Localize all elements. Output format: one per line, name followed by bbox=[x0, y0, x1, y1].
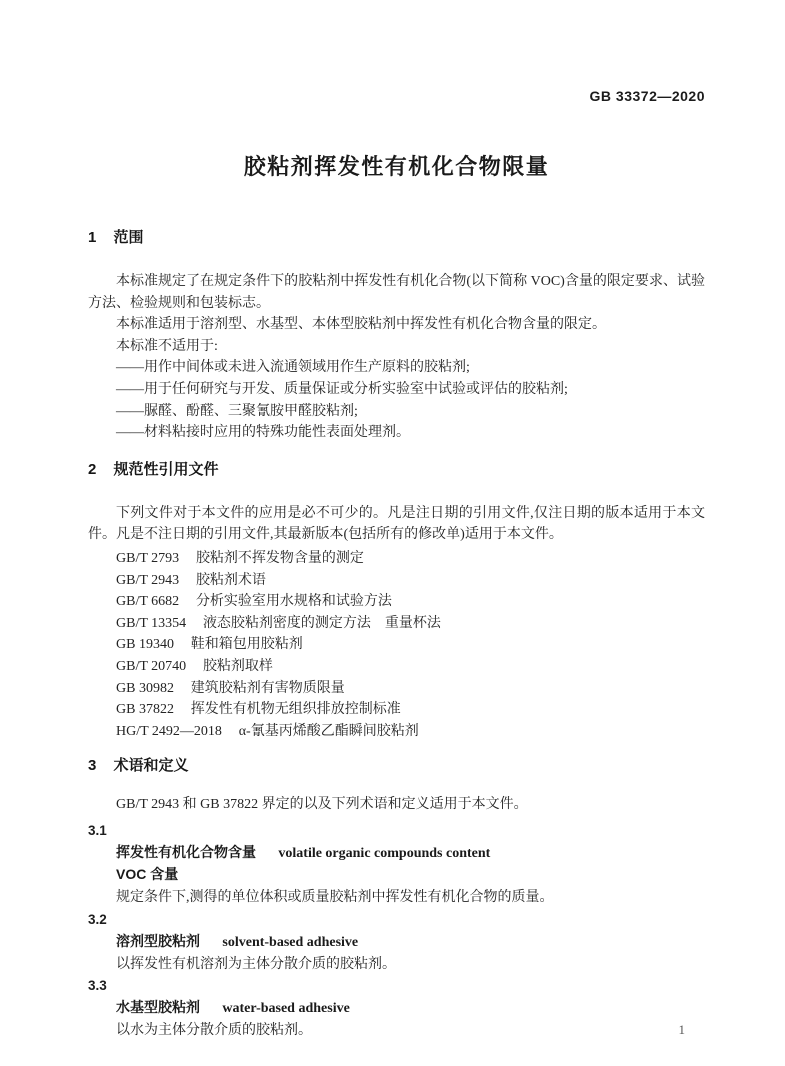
term-alias: VOC 含量 bbox=[116, 866, 178, 882]
reference-code: GB 19340 bbox=[116, 637, 174, 652]
term-heading: 挥发性有机化合物含量volatile organic compounds con… bbox=[88, 842, 705, 865]
reference-title: 胶粘剂不挥发物含量的测定 bbox=[196, 551, 364, 566]
term-definition: 规定条件下,测得的单位体积或质量胶粘剂中挥发性有机化合物的质量。 bbox=[88, 887, 705, 909]
section-1-title: 范围 bbox=[114, 229, 144, 246]
reference-title: 液态胶粘剂密度的测定方法 重量杯法 bbox=[203, 616, 441, 631]
reference-title: 胶粘剂取样 bbox=[203, 659, 273, 674]
section-2-heading: 2 规范性引用文件 bbox=[88, 461, 705, 478]
section-1-heading: 1 范围 bbox=[88, 229, 705, 246]
reference-code: HG/T 2492—2018 bbox=[116, 724, 222, 739]
document-title: 胶粘剂挥发性有机化合物限量 bbox=[88, 152, 705, 182]
section-1-number: 1 bbox=[88, 229, 96, 246]
scope-paragraph-2: 本标准适用于溶剂型、水基型、本体型胶粘剂中挥发性有机化合物含量的限定。 bbox=[88, 314, 705, 336]
term-english: volatile organic compounds content bbox=[278, 846, 490, 861]
clause-number: 3.1 bbox=[88, 820, 705, 842]
clause-number: 3.3 bbox=[88, 975, 705, 997]
reference-code: GB/T 2793 bbox=[116, 551, 179, 566]
reference-code: GB 37822 bbox=[116, 702, 174, 717]
reference-title: 胶粘剂术语 bbox=[196, 573, 266, 588]
references-list: GB/T 2793胶粘剂不挥发物含量的测定 GB/T 2943胶粘剂术语 GB/… bbox=[88, 548, 705, 742]
scope-paragraph-3: 本标准不适用于: bbox=[88, 336, 705, 358]
term-chinese: 挥发性有机化合物含量 bbox=[116, 844, 256, 860]
page-number: 1 bbox=[679, 1022, 686, 1038]
reference-title: 分析实验室用水规格和试验方法 bbox=[196, 594, 392, 609]
scope-exclusion-item: ——用作中间体或未进入流通领域用作生产原料的胶粘剂; bbox=[88, 357, 705, 379]
clause-number: 3.2 bbox=[88, 909, 705, 931]
reference-title: 挥发性有机物无组织排放控制标准 bbox=[191, 702, 401, 717]
section-2-title: 规范性引用文件 bbox=[114, 461, 219, 478]
reference-item: GB/T 13354液态胶粘剂密度的测定方法 重量杯法 bbox=[88, 613, 705, 635]
reference-item: GB/T 20740胶粘剂取样 bbox=[88, 656, 705, 678]
reference-code: GB/T 13354 bbox=[116, 616, 186, 631]
term-english: solvent-based adhesive bbox=[222, 935, 358, 950]
term-english: water-based adhesive bbox=[222, 1001, 349, 1016]
term-chinese: 水基型胶粘剂 bbox=[116, 999, 200, 1015]
term-alias-line: VOC 含量 bbox=[88, 864, 705, 887]
scope-paragraph-1: 本标准规定了在规定条件下的胶粘剂中挥发性有机化合物(以下简称 VOC)含量的限定… bbox=[88, 271, 705, 314]
document-page: GB 33372—2020 胶粘剂挥发性有机化合物限量 1 范围 本标准规定了在… bbox=[0, 0, 785, 1066]
reference-code: GB 30982 bbox=[116, 681, 174, 696]
term-definition: 以水为主体分散介质的胶粘剂。 bbox=[88, 1020, 705, 1042]
reference-item: GB 30982建筑胶粘剂有害物质限量 bbox=[88, 678, 705, 700]
reference-code: GB/T 2943 bbox=[116, 573, 179, 588]
reference-item: GB/T 6682分析实验室用水规格和试验方法 bbox=[88, 591, 705, 613]
term-definition: 以挥发性有机溶剂为主体分散介质的胶粘剂。 bbox=[88, 954, 705, 976]
reference-title: 建筑胶粘剂有害物质限量 bbox=[191, 681, 345, 696]
terms-intro: GB/T 2943 和 GB 37822 界定的以及下列术语和定义适用于本文件。 bbox=[88, 794, 705, 816]
standard-code: GB 33372—2020 bbox=[88, 0, 705, 104]
reference-item: GB/T 2943胶粘剂术语 bbox=[88, 570, 705, 592]
reference-item: GB/T 2793胶粘剂不挥发物含量的测定 bbox=[88, 548, 705, 570]
reference-item: HG/T 2492—2018α-氰基丙烯酸乙酯瞬间胶粘剂 bbox=[88, 721, 705, 743]
section-3-number: 3 bbox=[88, 757, 96, 774]
section-2-number: 2 bbox=[88, 461, 96, 478]
scope-exclusion-item: ——材料粘接时应用的特殊功能性表面处理剂。 bbox=[88, 422, 705, 444]
reference-item: GB 37822挥发性有机物无组织排放控制标准 bbox=[88, 699, 705, 721]
reference-title: α-氰基丙烯酸乙酯瞬间胶粘剂 bbox=[239, 724, 419, 739]
term-chinese: 溶剂型胶粘剂 bbox=[116, 933, 200, 949]
reference-code: GB/T 6682 bbox=[116, 594, 179, 609]
reference-title: 鞋和箱包用胶粘剂 bbox=[191, 637, 303, 652]
term-heading: 水基型胶粘剂water-based adhesive bbox=[88, 997, 705, 1020]
scope-exclusion-item: ——脲醛、酚醛、三聚氰胺甲醛胶粘剂; bbox=[88, 401, 705, 423]
reference-code: GB/T 20740 bbox=[116, 659, 186, 674]
section-3-title: 术语和定义 bbox=[114, 757, 189, 774]
term-heading: 溶剂型胶粘剂solvent-based adhesive bbox=[88, 931, 705, 954]
reference-item: GB 19340鞋和箱包用胶粘剂 bbox=[88, 634, 705, 656]
section-3-heading: 3 术语和定义 bbox=[88, 757, 705, 774]
scope-exclusion-item: ——用于任何研究与开发、质量保证或分析实验室中试验或评估的胶粘剂; bbox=[88, 379, 705, 401]
references-intro: 下列文件对于本文件的应用是必不可少的。凡是注日期的引用文件,仅注日期的版本适用于… bbox=[88, 503, 705, 546]
document-body: GB 33372—2020 胶粘剂挥发性有机化合物限量 1 范围 本标准规定了在… bbox=[0, 0, 785, 1042]
